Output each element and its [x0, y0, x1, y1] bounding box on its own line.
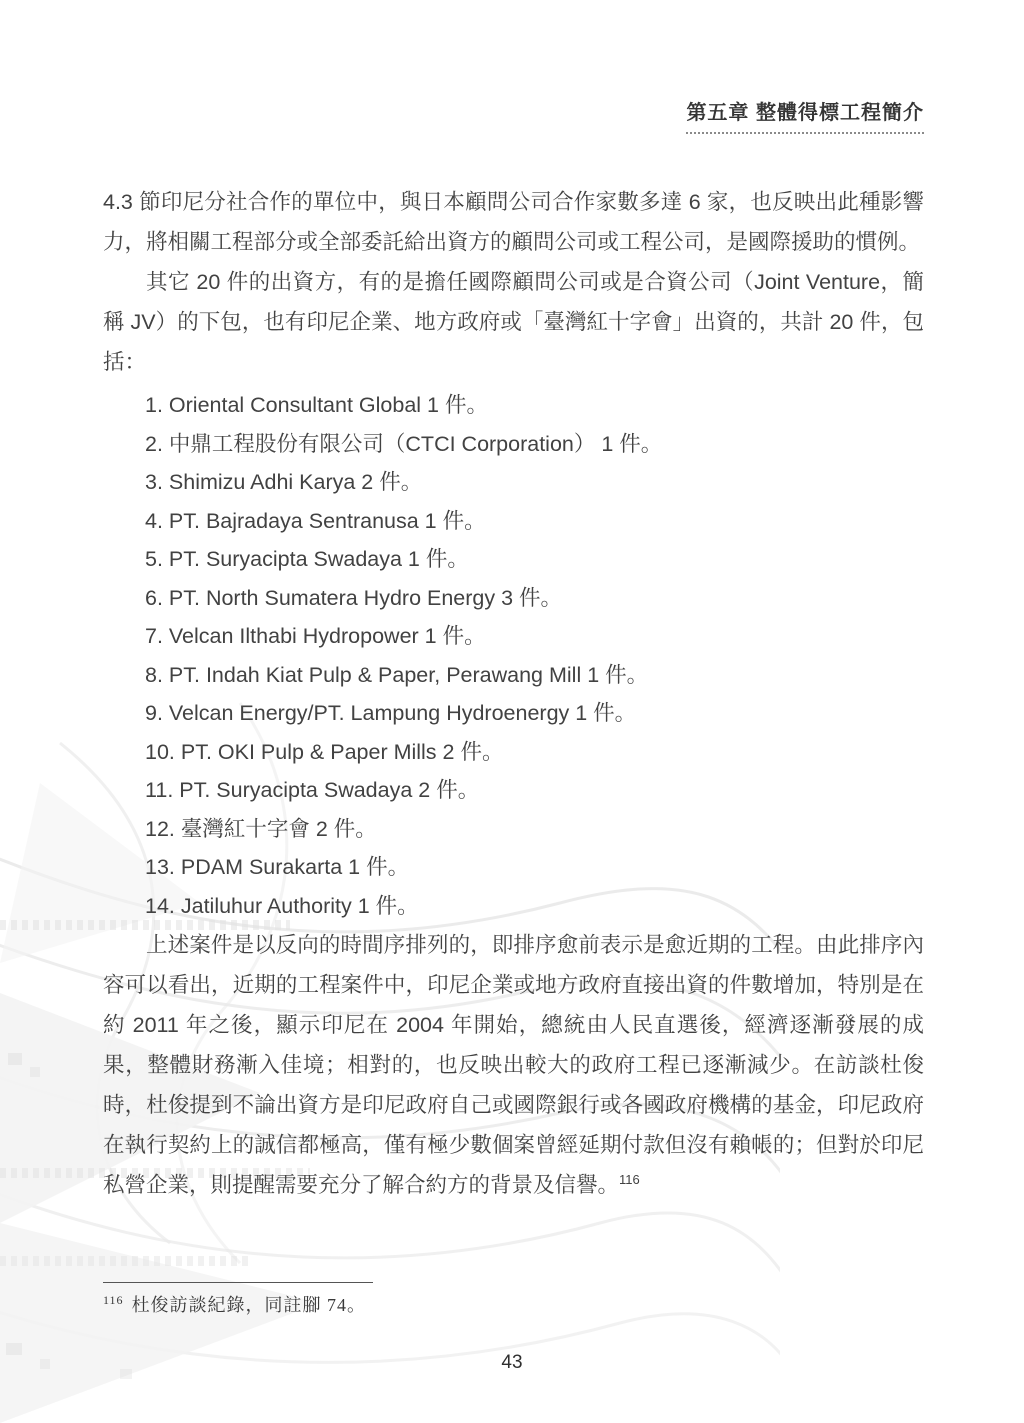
list-item: 5. PT. Suryacipta Swadaya 1 件。 [145, 540, 924, 579]
list-item: 4. PT. Bajradaya Sentranusa 1 件。 [145, 502, 924, 541]
list-item: 14. Jatiluhur Authority 1 件。 [145, 887, 924, 926]
list-item: 9. Velcan Energy/PT. Lampung Hydroenergy… [145, 694, 924, 733]
footnote-divider [103, 1282, 373, 1283]
footnote: 116杜俊訪談紀錄，同註腳 74。 [103, 1291, 924, 1317]
paragraph-intro: 4.3 節印尼分社合作的單位中，與日本顧問公司合作家數多達 6 家，也反映出此種… [103, 182, 924, 262]
footnote-marker: 116 [103, 1293, 124, 1307]
paragraph-analysis: 上述案件是以反向的時間序排列的，即排序愈前表示是愈近期的工程。由此排序內容可以看… [103, 925, 924, 1205]
list-item: 1. Oriental Consultant Global 1 件。 [145, 386, 924, 425]
document-page: 第五章 整體得標工程簡介 4.3 節印尼分社合作的單位中，與日本顧問公司合作家數… [0, 0, 1024, 1423]
paragraph-funders: 其它 20 件的出資方，有的是擔任國際顧問公司或是合資公司（Joint Vent… [103, 262, 924, 382]
funder-list: 1. Oriental Consultant Global 1 件。 2. 中鼎… [145, 386, 924, 925]
page-content: 第五章 整體得標工程簡介 4.3 節印尼分社合作的單位中，與日本顧問公司合作家數… [0, 0, 1024, 1205]
running-header: 第五章 整體得標工程簡介 [103, 96, 924, 134]
list-item: 12. 臺灣紅十字會 2 件。 [145, 810, 924, 849]
list-item: 2. 中鼎工程股份有限公司（CTCI Corporation） 1 件。 [145, 425, 924, 464]
list-item: 7. Velcan Ilthabi Hydropower 1 件。 [145, 617, 924, 656]
footnote-content: 杜俊訪談紀錄，同註腳 74。 [132, 1295, 367, 1315]
list-item: 6. PT. North Sumatera Hydro Energy 3 件。 [145, 579, 924, 618]
paragraph-analysis-text: 上述案件是以反向的時間序排列的，即排序愈前表示是愈近期的工程。由此排序內容可以看… [103, 933, 924, 1197]
footnote-area: 116杜俊訪談紀錄，同註腳 74。 [103, 1282, 924, 1317]
list-item: 8. PT. Indah Kiat Pulp & Paper, Perawang… [145, 656, 924, 695]
list-item: 13. PDAM Surakarta 1 件。 [145, 848, 924, 887]
chapter-title: 第五章 整體得標工程簡介 [686, 96, 924, 134]
page-number: 43 [0, 1352, 1024, 1374]
footnote-reference: 116 [619, 1172, 640, 1187]
list-item: 11. PT. Suryacipta Swadaya 2 件。 [145, 771, 924, 810]
list-item: 10. PT. OKI Pulp & Paper Mills 2 件。 [145, 733, 924, 772]
list-item: 3. Shimizu Adhi Karya 2 件。 [145, 463, 924, 502]
